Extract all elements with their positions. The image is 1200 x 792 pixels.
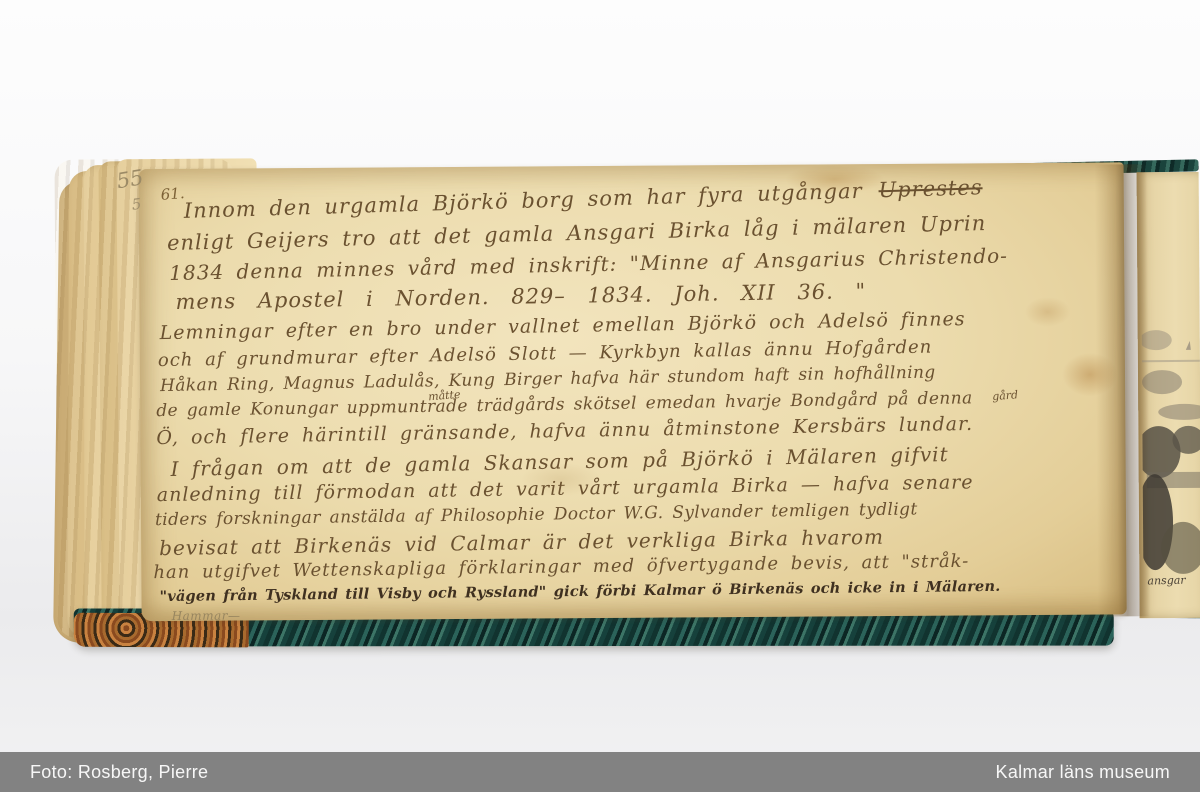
interlinear-annotation: måtte xyxy=(428,388,461,403)
photo-stage: ansgar Innom den urgamla Björkö borg som… xyxy=(0,0,1200,752)
pencil-sub-number: 5 xyxy=(131,195,142,214)
interlinear-annotation: gård xyxy=(992,388,1019,403)
struck-out-word: Uprestes xyxy=(878,175,983,202)
folio-number: 61. xyxy=(160,184,185,204)
manuscript-book: ansgar Innom den urgamla Björkö borg som… xyxy=(0,0,1200,756)
museum-credit: Kalmar läns museum xyxy=(996,762,1170,783)
manuscript-line: "vägen från Tyskland till Visby och Ryss… xyxy=(159,578,1000,605)
pencil-note-line: Hammar— xyxy=(172,609,241,623)
manuscript-page: Innom den urgamla Björkö borg som har fy… xyxy=(139,162,1127,621)
paper-stain xyxy=(1024,297,1070,327)
landscape-sketch xyxy=(1142,312,1200,574)
credit-bar: Foto: Rosberg, Pierre Kalmar läns museum xyxy=(0,752,1200,792)
photographer-credit: Foto: Rosberg, Pierre xyxy=(30,762,208,783)
paper-stain xyxy=(1062,352,1118,396)
sketch-caption: ansgar xyxy=(1147,574,1185,588)
manuscript-line: mens Apostel i Norden. 829– 1834. Joh. X… xyxy=(175,279,866,314)
pencil-stack-number: 55 xyxy=(115,165,145,193)
